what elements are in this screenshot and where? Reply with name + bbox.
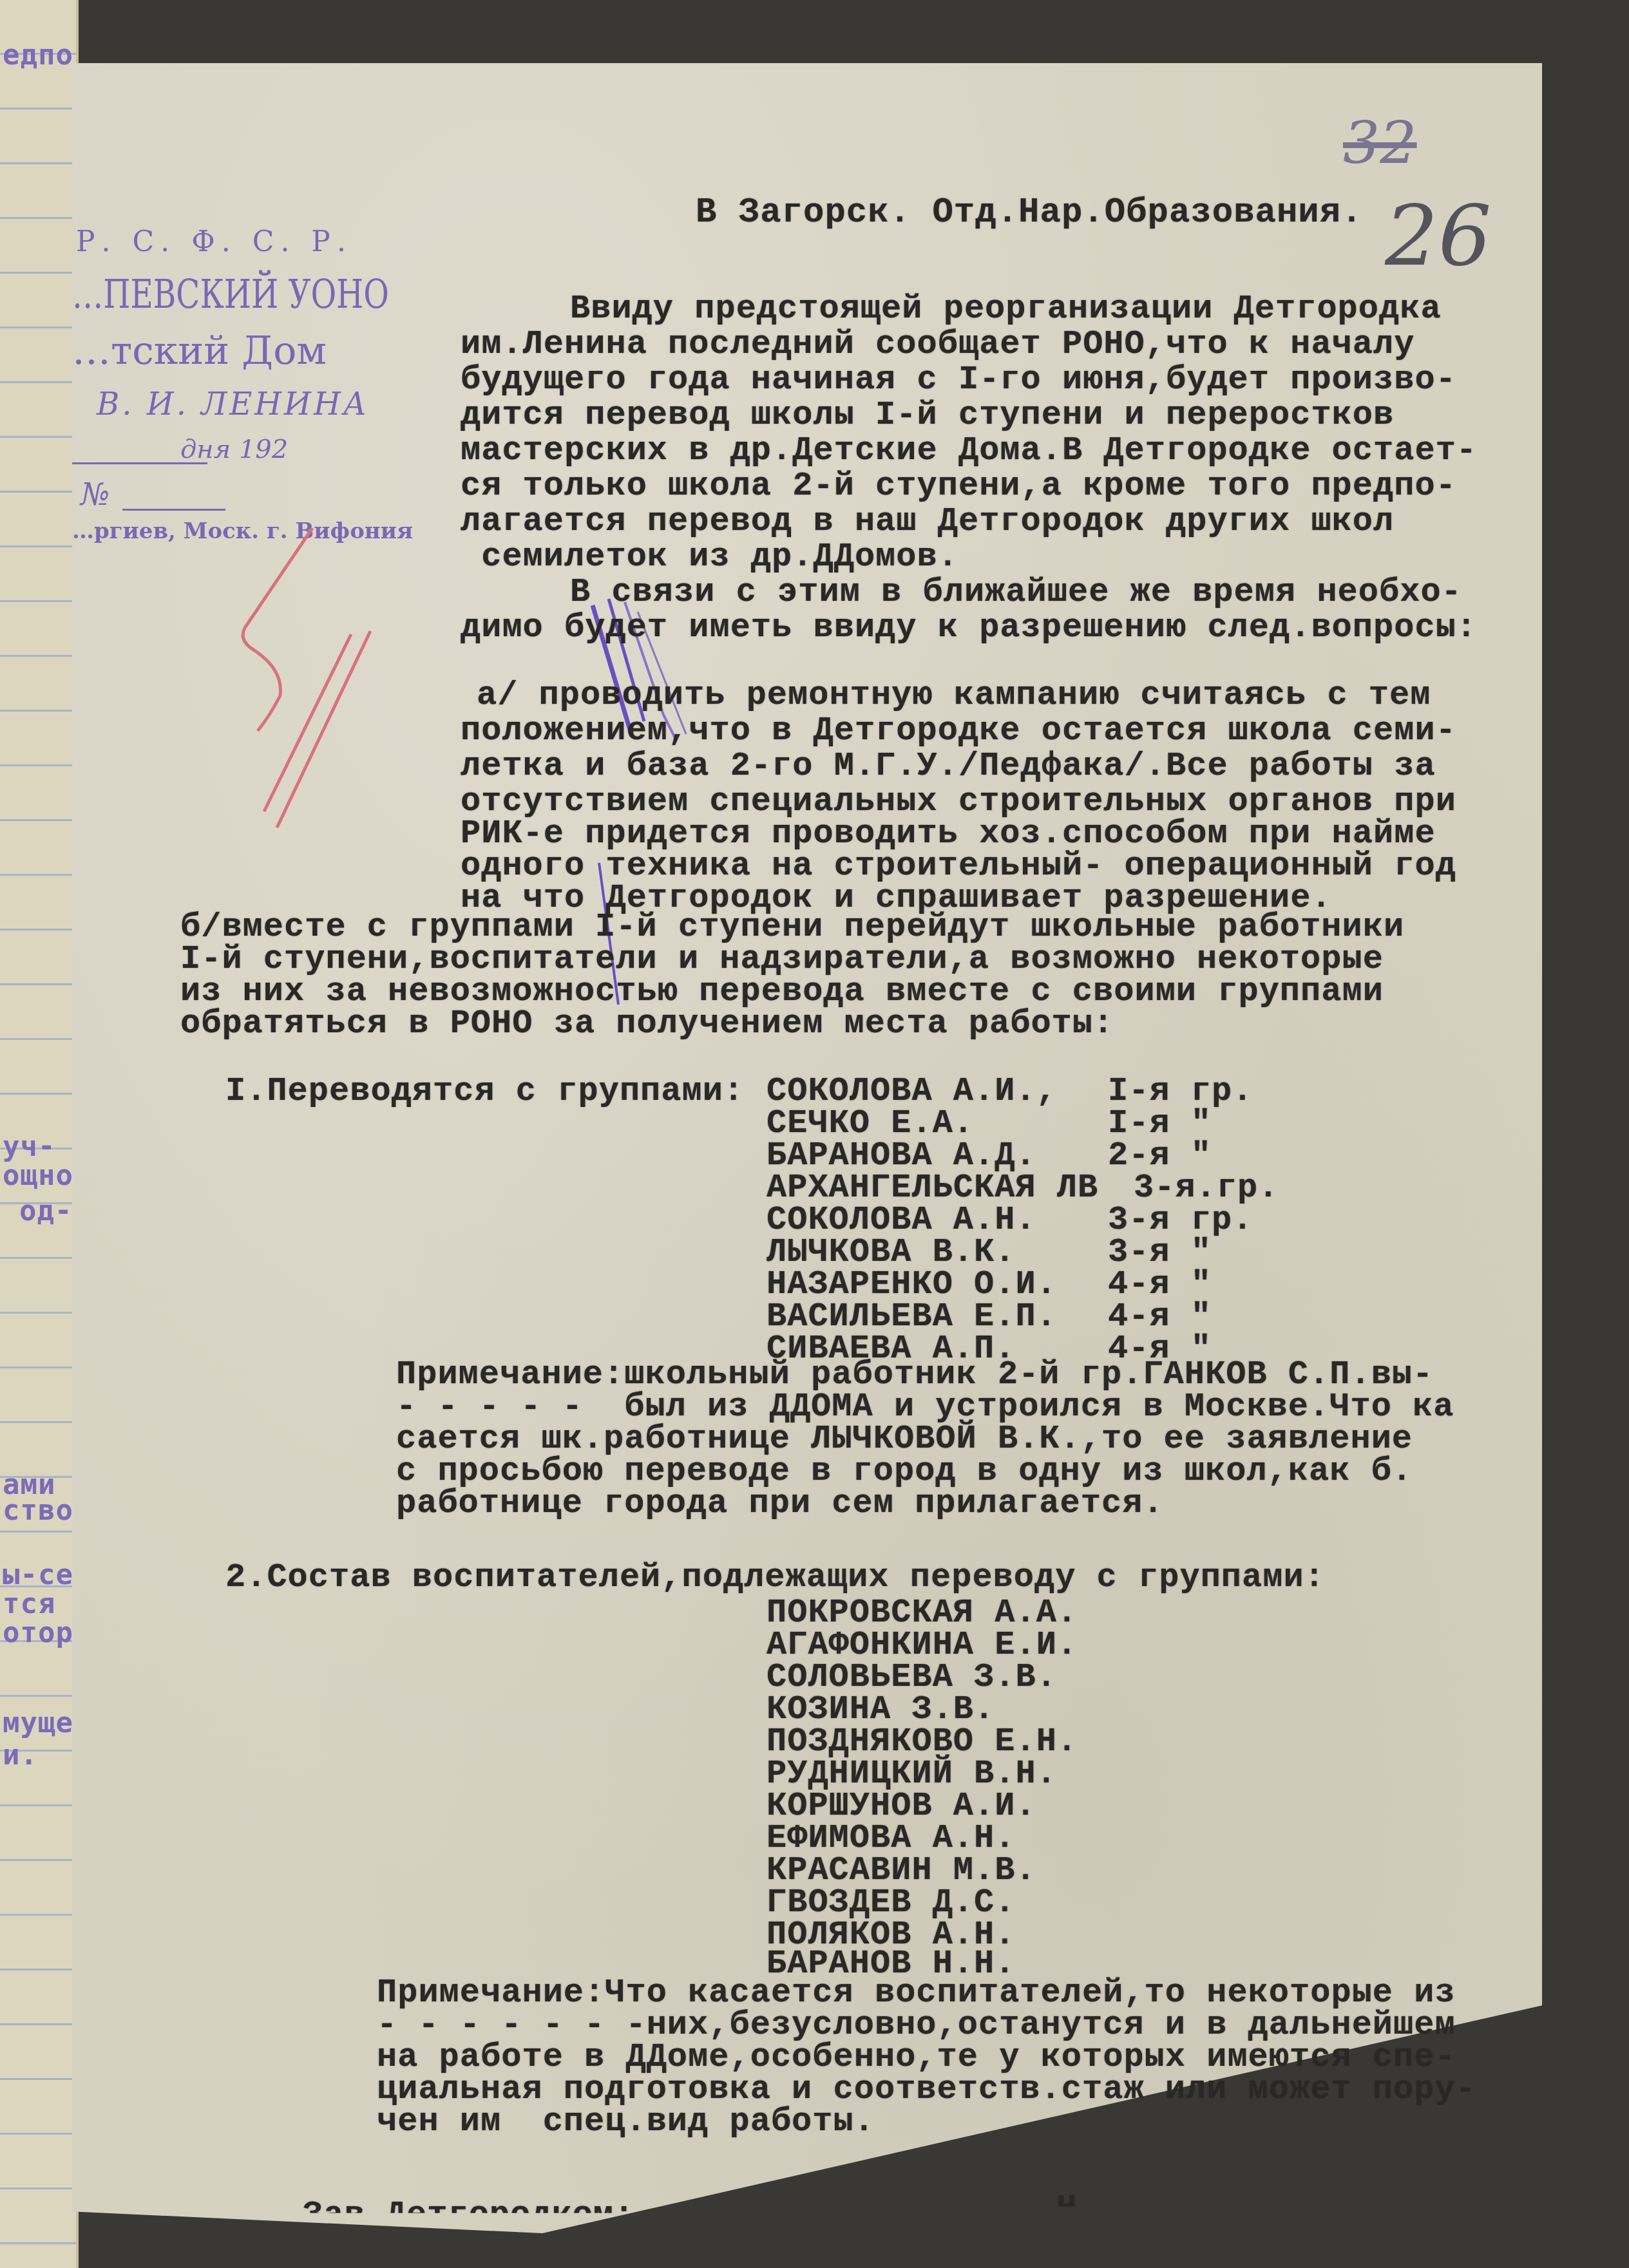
paragraph-line: Ввиду предстоящей реорганизации Детгород… (570, 290, 1442, 328)
paragraph-line: лагается перевод в наш Детгородок других… (461, 502, 1394, 540)
red-pencil-mark-icon (219, 528, 451, 831)
paragraph-line: им.Ленина последний сообщает РОНО,что к … (461, 325, 1415, 363)
addressee: В Загорск. Отд.Нар.Образования. (696, 193, 1363, 232)
strip-fragment: ство (3, 1494, 73, 1527)
stamp-line-number: № (81, 477, 110, 513)
paragraph-line: В связи с этим в ближайшее же время необ… (570, 573, 1462, 611)
stamp-line-detsky-dom: …тский Дом (72, 328, 327, 373)
strip-fragment: и. (3, 1739, 38, 1772)
strip-fragment: уч- (3, 1130, 55, 1163)
adjacent-notebook-page: едпо уч- ощнос од- ами ство ы-се- тся от… (0, 0, 79, 2268)
stamp-line-rsfsr: Р. С. Ф. С. Р. (76, 225, 352, 258)
paragraph-line: семилеток из др.ДДомов. (461, 538, 958, 576)
strip-fragment: едпо (3, 39, 73, 71)
paragraph-line: димо будет иметь ввиду к разрешению след… (461, 609, 1477, 647)
item-b-line: обратяться в РОНО за получением места ра… (180, 1005, 1114, 1043)
section2-note-line: чен им спец.вид работы. (377, 2103, 875, 2140)
paragraph-line: ся только школа 2-й ступени,а кроме того… (461, 467, 1456, 505)
strip-fragment: тся (3, 1587, 55, 1620)
stamp-line-date: дня 192 (180, 435, 288, 464)
folio-number: 26 (1385, 187, 1491, 285)
signature-line-cut-right: Н (1056, 2189, 1077, 2227)
section1-note-line: работнице города при сем прилагается. (396, 1484, 1164, 1522)
stamp-line-uono: …ПЕВСКИЙ УОНО (72, 270, 389, 317)
strip-fragment: од- (19, 1195, 72, 1227)
paragraph-line: дится перевод школы I-й ступени и переро… (461, 396, 1394, 434)
item-a-line: положением,что в Детгородке остается шко… (461, 712, 1456, 750)
section2-heading: 2.Состав воспитателей,подлежащих перевод… (225, 1558, 1325, 1596)
item-a-line: летка и база 2-го М.Г.У./Педфака/.Все ра… (461, 747, 1436, 785)
folio-number-crossed: 32 (1343, 109, 1417, 177)
stamp-date-underline (72, 462, 207, 464)
paragraph-line: мастерских в др.Детские Дома.В Детгородк… (461, 431, 1477, 469)
stamp-number-underline (122, 509, 225, 511)
section1-heading: I.Переводятся с группами: (225, 1072, 744, 1110)
stamp-line-lenin: В. И. ЛЕНИНА (97, 386, 369, 422)
paragraph-line: будущего года начиная с I-го июня,будет … (461, 361, 1456, 399)
item-a-line: а/ проводить ремонтную кампанию считаясь… (477, 676, 1431, 714)
